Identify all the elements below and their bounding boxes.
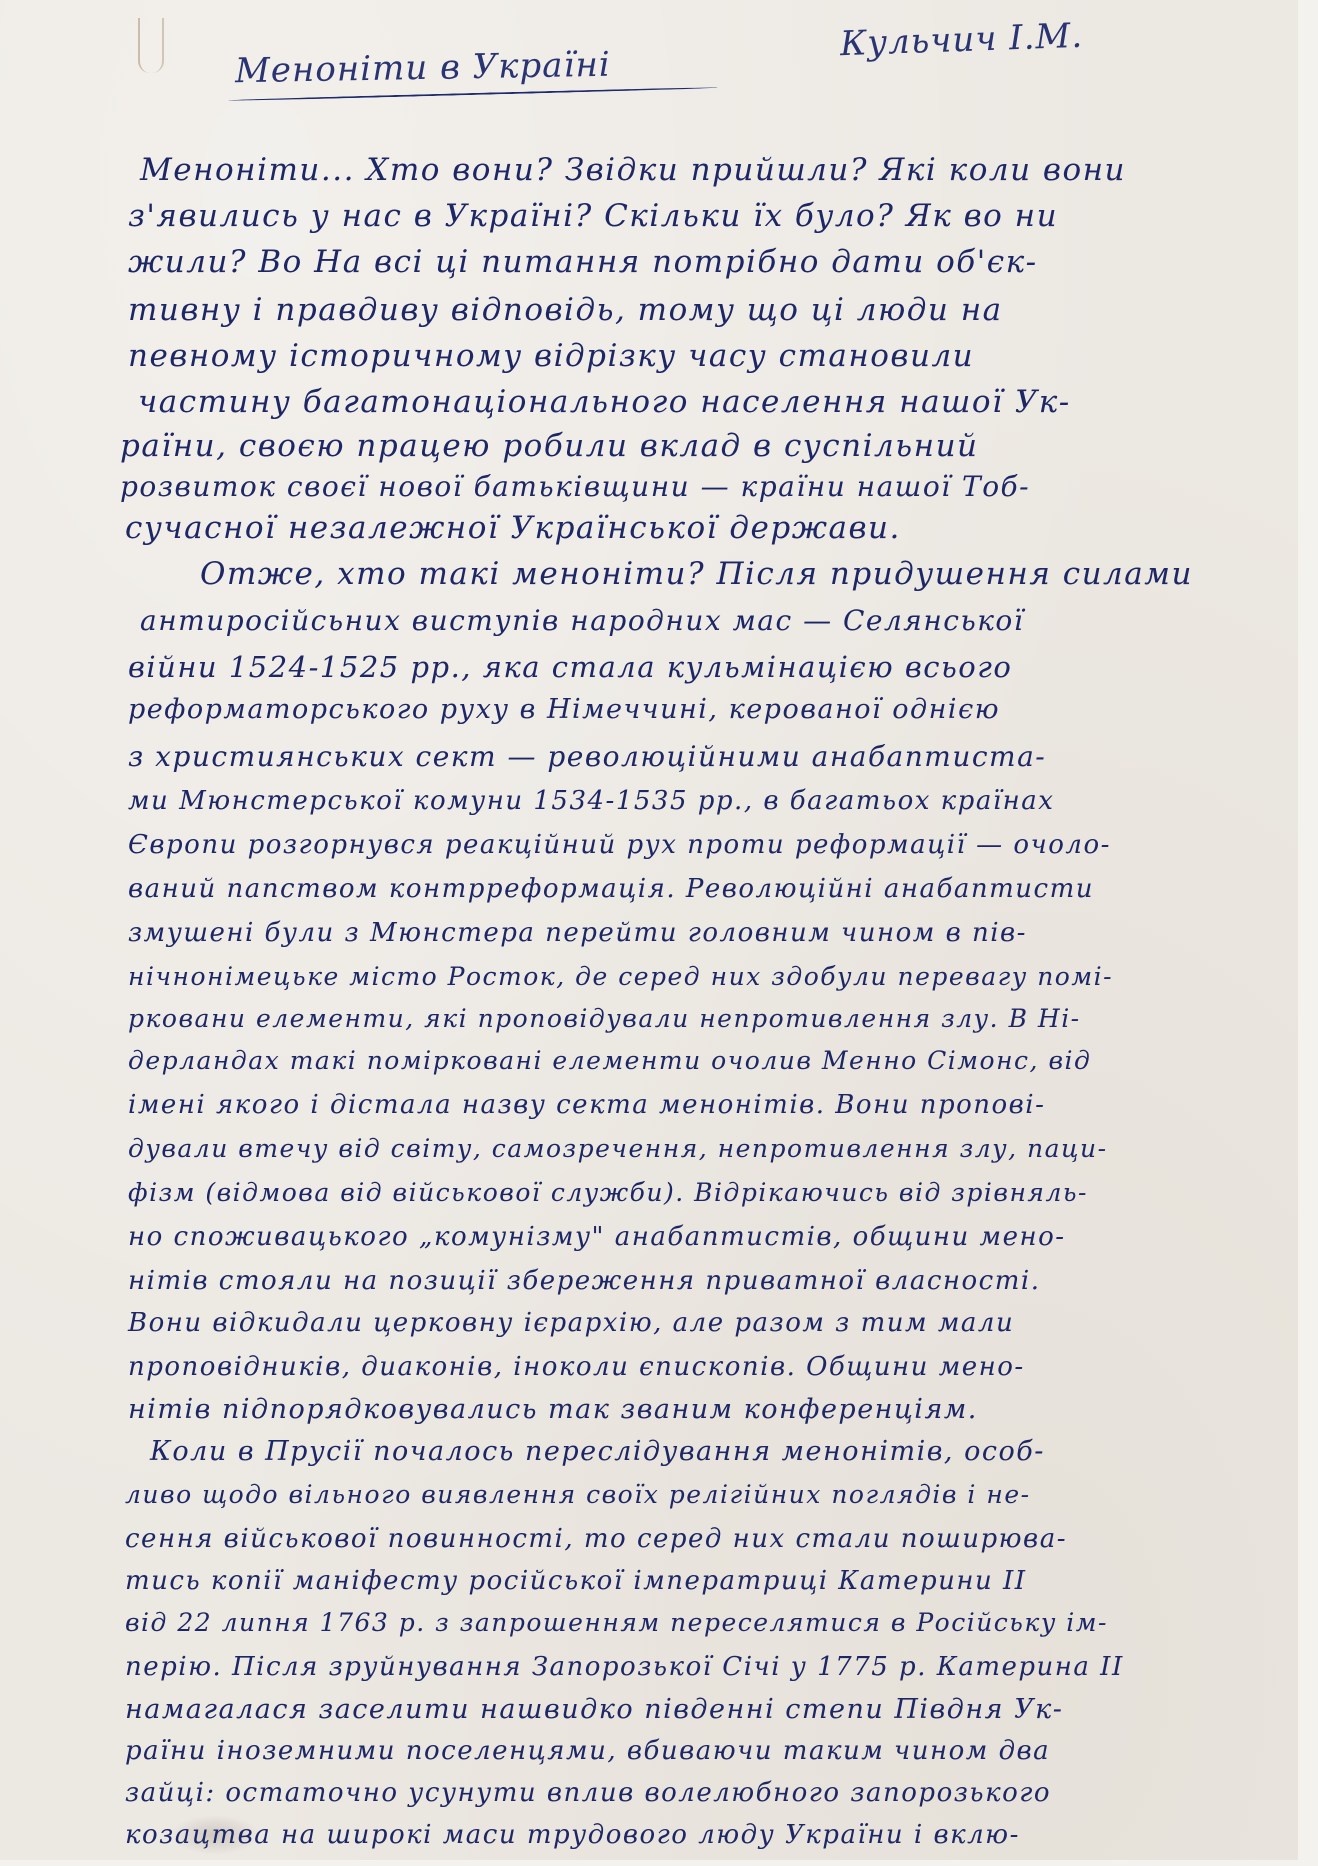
text-line: дували втечу вiд свiту, самозречення, не…: [128, 1134, 1108, 1163]
text-line: нiтiв пiдпорядковувались так званим конф…: [128, 1394, 978, 1425]
text-line: рковани елементи, якi проповiдували непр…: [128, 1004, 1081, 1033]
document-author: Кульчич I.M.: [839, 16, 1083, 64]
text-line: ми Мюнстерської комуни 1534-1535 рр., в …: [128, 786, 1054, 816]
text-line: Європи розгорнувся реакцiйний рух проти …: [128, 830, 1111, 860]
text-line: козацтва на широкi маси трудового люду У…: [125, 1820, 1020, 1850]
text-line: нiчнонiмецьке мiсто Росток, де серед них…: [128, 962, 1113, 991]
text-line: Менонiти... Хто вони? Звiдки прийшли? Як…: [140, 152, 1126, 188]
scan-edge: [1298, 0, 1318, 1866]
text-line: дерландах такi помiрковані елементи очол…: [128, 1046, 1091, 1075]
text-line: тись копiї манiфесту росiйської iмператр…: [125, 1566, 1027, 1596]
text-line: раїни, своєю працею робили вклад в суспi…: [120, 428, 979, 464]
text-line: проповiдникiв, диаконiв, iноколи єпископ…: [128, 1352, 1025, 1382]
text-line: вiд 22 липня 1763 р. з запрошенням перес…: [125, 1608, 1108, 1637]
text-line: вiйни 1524-1525 рр., яка стала кульмiнац…: [128, 650, 1012, 684]
text-line: жили? Во На всi цi питання потрiбно дати…: [128, 244, 1038, 280]
text-line: з'явились у нас в Українi? Скiльки їх бу…: [128, 198, 1058, 234]
text-line: Коли в Прусiї почалось переслiдування ме…: [150, 1436, 1045, 1467]
text-line: змушенi були з Мюнстера перейти головним…: [128, 918, 1027, 948]
text-line: iменi якого i дiстала назву секта менонi…: [128, 1090, 1045, 1120]
text-line: сучасної незалежної Української держави.: [125, 510, 901, 546]
text-line: перiю. Пiсля зруйнування Запорозької Сiч…: [125, 1652, 1124, 1682]
staple-mark: [138, 18, 164, 73]
text-line: реформаторського руху в Нiмеччинi, керов…: [128, 694, 1000, 725]
text-line: певному iсторичному вiдрiзку часу станов…: [128, 338, 974, 374]
text-line: з християнських сект — революцiйними ана…: [128, 740, 1046, 773]
text-line: но споживацького „комунiзму" анабаптистi…: [128, 1222, 1066, 1252]
scan-edge-bottom: [0, 1860, 1318, 1866]
text-line: розвиток своєї нової батькiвщини — країн…: [120, 470, 1030, 503]
document-title: Менонiти в Українi: [235, 45, 611, 92]
text-line: ваний папством контрреформацiя. Революцi…: [128, 874, 1094, 904]
text-line: нiтiв стояли на позицiї збереження прива…: [128, 1266, 1040, 1296]
text-line: фiзм (вiдмова вiд вiйськової служби). Вi…: [128, 1178, 1088, 1207]
text-line: тивну i правдиву вiдповiдь, тому що цi л…: [128, 292, 1003, 328]
text-line: ливо щодо вiльного виявлення своїх релiг…: [125, 1480, 1031, 1509]
text-line: зайцi: остаточно усунути вплив волелюбно…: [125, 1778, 1051, 1808]
text-line: сення вiйськової повинностi, то серед ни…: [125, 1524, 1067, 1554]
text-line: частину багатонацiонального населення на…: [138, 384, 1071, 420]
text-line: намагалася заселити нашвидко пiвденнi ст…: [125, 1694, 1063, 1725]
text-line: раїни iноземними поселенцями, вбиваючи т…: [125, 1736, 1050, 1766]
text-line: Отже, хто такi менонiти? Пiсля придушенн…: [200, 556, 1193, 592]
text-line: антиросiйсьних виступiв народних мас — С…: [140, 604, 1024, 637]
text-line: Вони вiдкидали церковну iєрархiю, але ра…: [128, 1308, 1014, 1338]
